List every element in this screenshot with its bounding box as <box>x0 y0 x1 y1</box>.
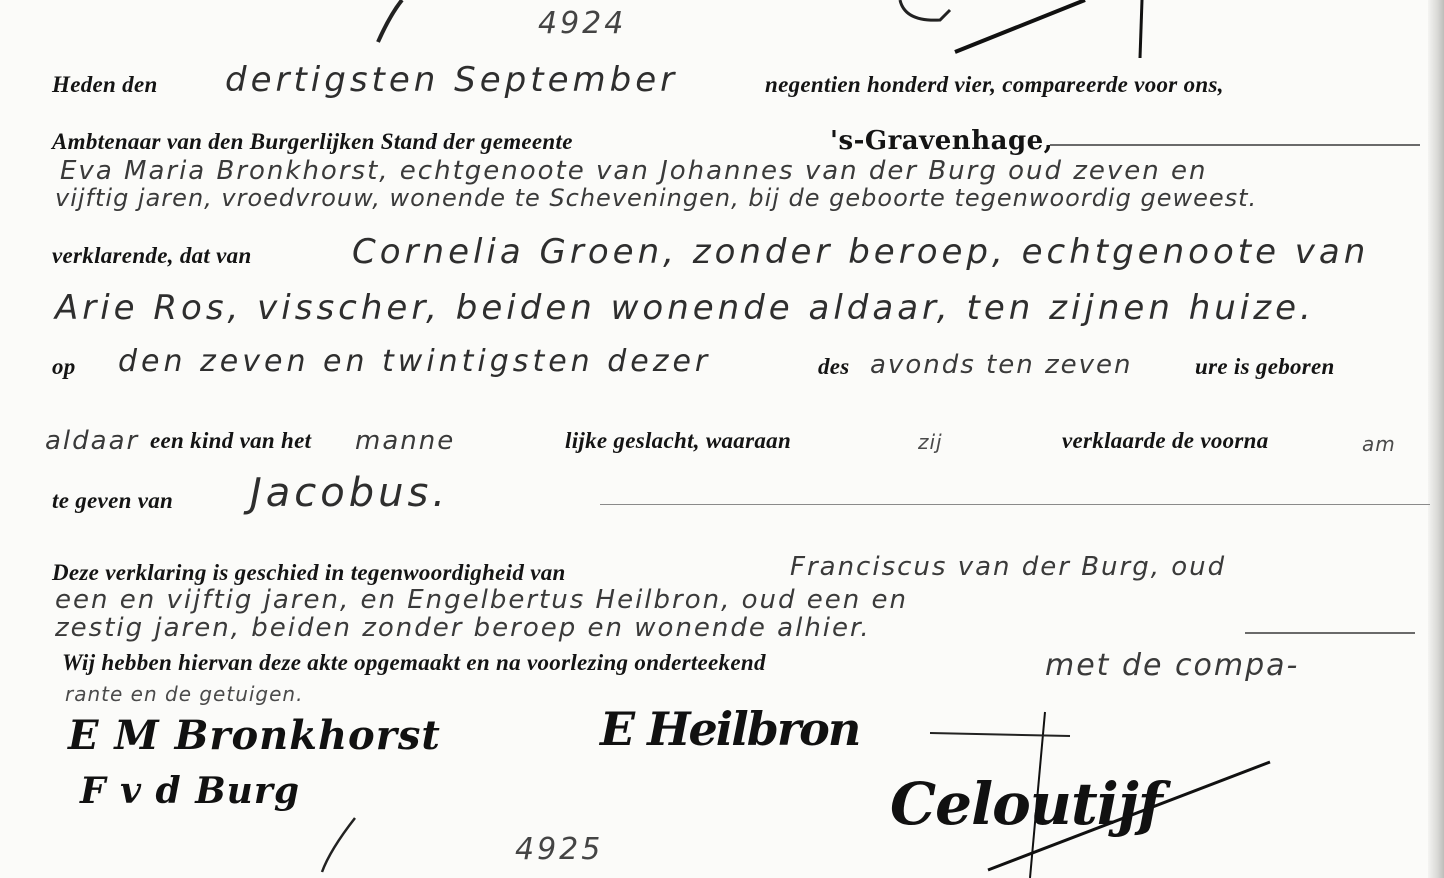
record-number-bottom: 4925 <box>515 832 603 867</box>
signature-flourish <box>0 0 1444 878</box>
